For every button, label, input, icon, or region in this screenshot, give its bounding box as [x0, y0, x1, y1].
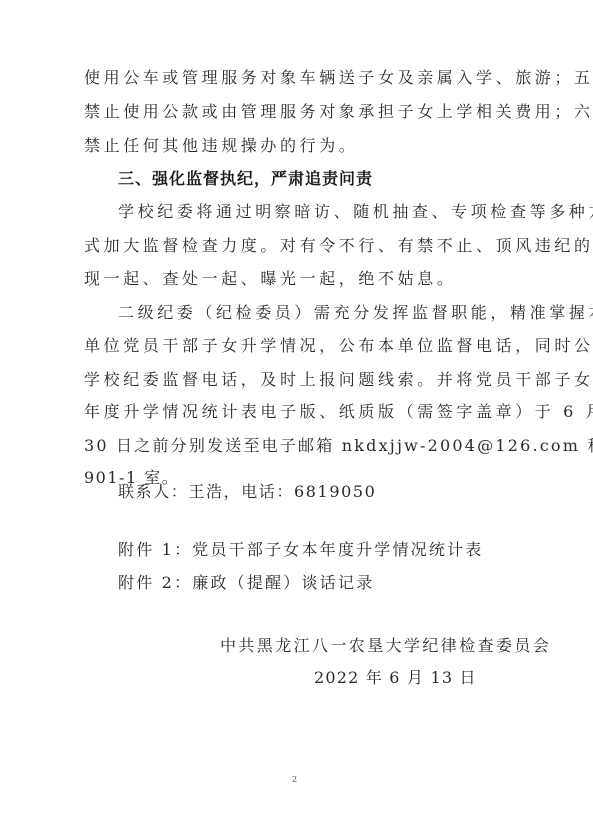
body-text-line: 使用公车或管理服务对象车辆送子女及亲属入学、旅游；五是 [84, 68, 514, 88]
signature-date: 2022 年 6 月 13 日 [314, 668, 477, 688]
body-text-line: 现一起、查处一起、曝光一起，绝不姑息。 [84, 269, 514, 289]
attachment-1: 附件 1：党员干部子女本年度升学情况统计表 [118, 540, 548, 560]
page-number: 2 [292, 775, 297, 784]
signature-organization: 中共黑龙江八一农垦大学纪律检查委员会 [220, 636, 551, 656]
body-text-line: 学校纪委将通过明察暗访、随机抽查、专项检查等多种方 [118, 202, 548, 222]
body-text-line: 单位党员干部子女升学情况，公布本单位监督电话，同时公布 [84, 336, 514, 356]
body-text-line: 学校纪委监督电话，及时上报问题线索。并将党员干部子女本 [84, 370, 514, 390]
contact-line: 联系人：王浩，电话：6819050 [118, 482, 548, 502]
section-heading: 三、强化监督执纪，严肃追责问责 [118, 169, 373, 189]
body-text-line-email: 30 日之前分别发送至电子邮箱 nkdxjjw-2004@126.com 和主楼 [84, 436, 514, 456]
attachment-2: 附件 2：廉政（提醒）谈话记录 [118, 573, 548, 593]
body-text-line: 禁止使用公款或由管理服务对象承担子女上学相关费用；六是 [84, 102, 514, 122]
body-text-line: 年度升学情况统计表电子版、纸质版（需签字盖章）于 6 月 [84, 402, 514, 422]
body-text-line: 禁止任何其他违规操办的行为。 [84, 136, 514, 156]
body-text-line: 式加大监督检查力度。对有令不行、有禁不止、顶风违纪的发 [84, 236, 514, 256]
body-text-line: 二级纪委（纪检委员）需充分发挥监督职能，精准掌握本 [118, 303, 548, 323]
